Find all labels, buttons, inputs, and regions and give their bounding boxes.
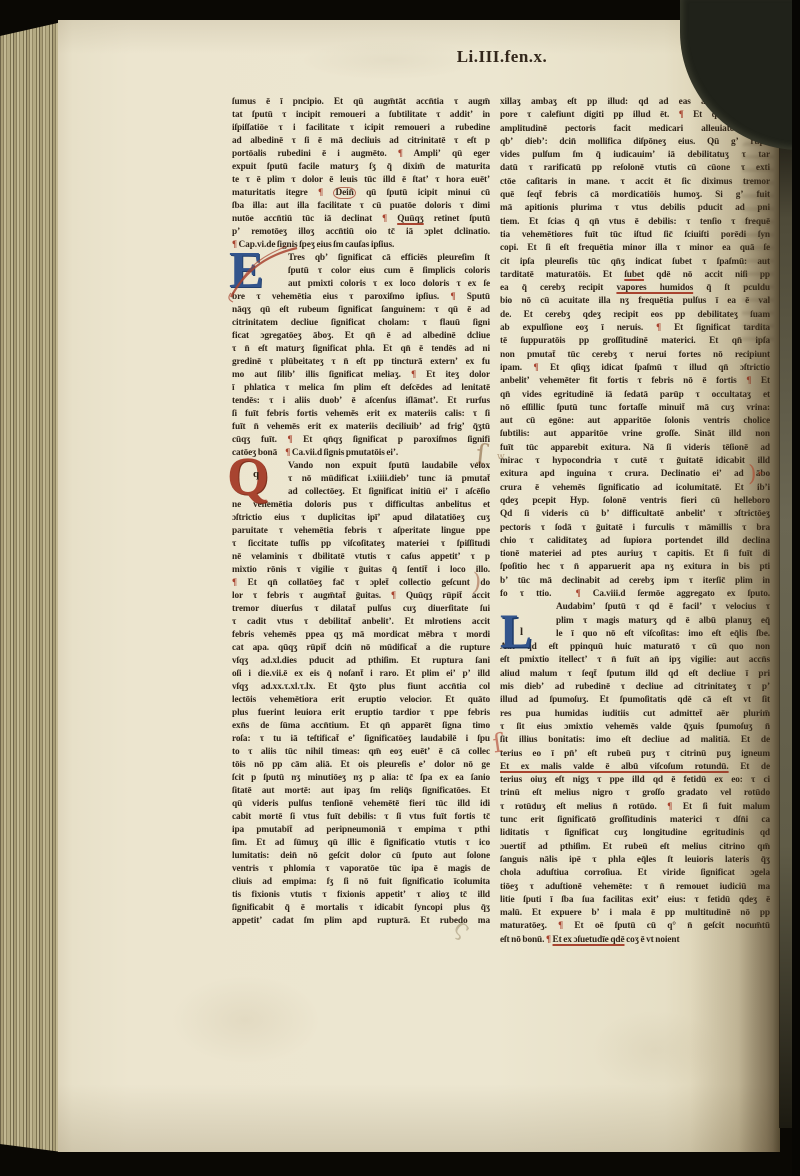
text-line: maturitatis itegre ¶ Dein̄ qū ſputū icip… [232, 187, 490, 200]
text-line: paruitate τ vehemētia febris τ aſperitat… [232, 525, 490, 538]
illuminated-initial-E: E [229, 249, 291, 295]
text-line: tat ſputū τ incipit remoueri a ſubtilita… [232, 109, 490, 122]
text-line: ſignificabit q̄ ē mortalis τ idicabit ſy… [232, 902, 490, 915]
text-line: tia vehemētiores fuīt tūc iſtud ſic̄ ſci… [500, 229, 770, 242]
verso-show-through [742, 142, 774, 350]
text-line: quē ſeqt̄ febris cā mordicatiōis humoʒ. … [500, 189, 770, 202]
marginal-tiny-mark: w [497, 452, 505, 462]
text-line: tremor diuerſus τ dilatat̄ pulſus cuʒ di… [232, 603, 490, 616]
marginal-red-bracket: )· [748, 462, 764, 487]
text-line: tiōeʒ τ aduſtionē vehemēte: τ n̄ remouet… [500, 881, 770, 894]
text-line: ¶ Et qn̄ collatōeʒ fac̄ τ ɔplet̄ collect… [232, 577, 490, 590]
text-line: qn̄ vides egritudinē iā ſedatā parūp τ o… [500, 389, 770, 402]
text-line: pʼ remotōeʒ illoʒ accn̄tiū oio tc̄ iā ɔp… [232, 226, 490, 239]
text-line: terius eo ī pn̄ʼ eſt rubeū puʒ τ citrinū… [500, 748, 770, 761]
text-line: cit ipſa pleureſis tūc qn̄ʒ indicat ſube… [500, 256, 770, 269]
text-line: eſt nō bonū. ¶ Et ex ɔſuetudīe qdē coʒ ē… [500, 934, 770, 947]
background-void [792, 0, 800, 1176]
text-line: tendēs: τ i aliis duobʼ ē aſcenſus iſlām… [232, 395, 490, 408]
text-line: ſim. Et ad ſūmuʒ qū illic ē ſignificatio… [232, 837, 490, 850]
text-line: gredinē τ plūbeitateʒ τ n̄ eſt pp tinctu… [232, 356, 490, 369]
text-line: qdeʒ pcepit Hyp. ſolonē ventris fieri cū… [500, 495, 770, 508]
text-line: lectōis vehemētiora erit eruptio velocio… [232, 694, 490, 707]
text-line: copi. Et ſi eſt frequētia minor illa τ m… [500, 242, 770, 255]
text-line: tiem. Et ſcias q̄ qn̄ vtus ē debilis: τ … [500, 216, 770, 229]
text-line: fuīt n̄ vehemēs erit ex materiis deciliu… [232, 421, 490, 434]
text-line: mis diebʼ ad rubedinē τ decliue ad citri… [500, 681, 770, 694]
text-line: appetitʼ cadat ſm plim apd rupturā. Et r… [232, 915, 490, 928]
text-line: tōis nō pp cām aliā. Et ois pleureſis eʼ… [232, 759, 490, 772]
text-line: expuit ſputū facile maturʒ ſʒ q̄ dixim̄ … [232, 161, 490, 174]
text-line: aliud malum τ ſeqt̄ ſputum illd qd eſt d… [500, 668, 770, 681]
text-line: τ n̄ eſt maturʒ ſignificat phla. Et qn̄ … [232, 343, 490, 356]
text-line: roſa: τ tu iā teſtificat̄ eʼ ſignificatō… [232, 733, 490, 746]
text-line: lor τ febris τ augm̄tat̄ ḡuitas. ¶ Quūqʒ… [232, 590, 490, 603]
text-line: Et ex malis valde ē albū viſcoſum rotund… [500, 761, 770, 774]
text-line: ea q̄ cerebʒ recipit vapores humidos q̄ … [500, 282, 770, 295]
text-line: citrinitatem decliue ſignificat cholam: … [232, 317, 490, 330]
text-line: tis fixionis vtutis τ fixionis appetitʼ … [232, 889, 490, 902]
text-line: ipa pmutabit̄ ad peripneumoniā τ empima … [232, 824, 490, 837]
text-line: non pmutat̄ tūc cerebʒ τ nerui fortes nō… [500, 349, 770, 362]
text-line: vides pulſum ſm q̄ iudicauimʼ iā debilit… [500, 149, 770, 162]
text-line: τ cadit vtus τ debilitat̄ anbelitʼ. Et m… [232, 616, 490, 629]
text-line: bio nō cū acuitate illa nʒ frequētia pul… [500, 295, 770, 308]
text-line: oſi i die.vii.ē ex eis q̄ noſant̄ i raro… [232, 668, 490, 681]
text-line: exitura apd inguina τ crura. Declinatio … [500, 468, 770, 481]
text-line: iſpiſſatiōe τ i facilitate τ icipit remo… [232, 122, 490, 135]
text-line: ī phlatica τ melica ſm plim eſt deſcēdes… [232, 382, 490, 395]
text-line: cabit mortē ſi vtus fuīt debilis: τ ſi v… [232, 811, 490, 824]
text-line: ſba illa: aut illa facilitate τ cū puatō… [232, 200, 490, 213]
text-line: datū τ rarificatū pp reſolonē vtutis cū … [500, 162, 770, 175]
text-line: ſitatē aut mortē: aut ipaʒ ſm reliq̄s ſi… [232, 785, 490, 798]
text-line: illud ad ſpumoſuʒ. Et ſpumoſitatis qdē c… [500, 694, 770, 707]
text-line: ſcit p ſputū nʒ minutiōeʒ nʒ p alia: tc̄… [232, 772, 490, 785]
text-line: Qd ſi videris cū bʼ difficultatē anbelit… [500, 508, 770, 521]
text-line: vſqʒ ad.xl.dies pducit ad pthiſim. Et ru… [232, 655, 490, 668]
text-line: res pua humidas iuditiis cut admittet̄ a… [500, 708, 770, 721]
text-line: ficat ɔgregatōeʒ āboʒ. Et qn̄ ē ad albed… [232, 330, 490, 343]
text-line: nē velaminis τ dbilitatē vtutis τ caſus … [232, 551, 490, 564]
right-text-column: xillaʒ ambaʒ eſt pp illud: qd ad eas aſc… [500, 96, 770, 947]
text-line: cat apa. qūqʒ rūpit̄ dcin̄ nō mūdificat̄… [232, 642, 490, 655]
text-line: mā apitionis plurima τ vtus debilis pduc… [500, 202, 770, 215]
text-line: terius oiuʒ eſt nigʒ τ ppe illd qd ē fet… [500, 774, 770, 787]
text-line: τ ſiccitate tuſſis pp viſcoſitateʒ mater… [232, 538, 490, 551]
text-line: fo τ ttio. ¶ Ca.viii.d ſermōe aggregato … [500, 588, 770, 601]
text-line: ſanguis nālis ipē τ phla eq̄les ſt leuio… [500, 854, 770, 867]
text-line: ɔſtrictio eius τ duplicitas ipīʼ apud di… [232, 512, 490, 525]
text-line: ſi fuīt febris fortis vehemēs erit ex ma… [232, 408, 490, 421]
text-line: tē ſuppuratōis pp groſſitudinē materici.… [500, 335, 770, 348]
paper-stain [590, 1010, 720, 1090]
text-line: pectoris τ ſodā τ ḡuitatē i furculis τ m… [500, 522, 770, 535]
text-line: ɔuertit̄ ad pthiſim. Et rubeū eſt melius… [500, 841, 770, 854]
text-line: mixtio rōnis τ vigilie τ ḡuitas q̄ ſenti… [232, 564, 490, 577]
text-line: mo aut ſilibʼ illis ſignificat meliaʒ. ¶… [232, 369, 490, 382]
red-penwork-flourish-icon [223, 245, 301, 303]
text-line: tarditatē maturatōis. Et ſubet qdē nō ac… [500, 269, 770, 282]
text-line: bʼ tūc mā declinabit ad cerebʒ ipm τ ite… [500, 575, 770, 588]
guide-letter: l [520, 626, 523, 638]
text-line: liditatis τ ſignificat cuʒ longitudine e… [500, 827, 770, 840]
text-line: chio τ caliditateʒ ad ſupiora portendet … [500, 535, 770, 548]
text-line: aut cū egōne: aut apparitōe ſolonis vent… [500, 415, 770, 428]
text-line: fuīt tūc apparebit exitura. Nā ſi videri… [500, 442, 770, 455]
text-line: crura ē vehemēs ſignificatio ad icolumit… [500, 482, 770, 495]
text-line: qbʼ diebʼ: dcin̄ mollifica diſpōneʒ eius… [500, 136, 770, 149]
running-head: Li.III.fen.x. [444, 47, 560, 67]
text-line: de. Et cerebʒ qdeʒ recipit eos pp debili… [500, 309, 770, 322]
marginal-bracket: ) [471, 568, 482, 597]
text-line: maturatōeʒ. ¶ Et oē ſputū cū q° n̄ geſci… [500, 920, 770, 933]
text-line: tunc erit ſignificatō groſſitudinis mate… [500, 814, 770, 827]
text-line: plus fuerint leuiora erit eruptio tardio… [232, 707, 490, 720]
text-line: τ rotūduʒ eſt melius n̄ rotūdo. ¶ Et ſi … [500, 801, 770, 814]
text-line: nutōe accn̄tiū tūc iā declinat ¶ Quūqʒ r… [232, 213, 490, 226]
text-line: ab expulſione eoʒ ī neruis. ¶ Et ſignifi… [500, 322, 770, 335]
text-line: malū. Et expuere bʼ i mala ē pp multitud… [500, 907, 770, 920]
text-line: nō eſſillic ſputū tunc fortaſſe minuit̄ … [500, 402, 770, 415]
page-stack-fore-edge [0, 0, 62, 1176]
text-line: portōalis rubedini ē i augmēto. ¶ Ampliʼ… [232, 148, 490, 161]
text-line: ſumus ē ī pncipio. Et qū augm̄tāt accn̄t… [232, 96, 490, 109]
text-line: ipam. ¶ Et qſiqʒ idicat ſpaſmū τ illud q… [500, 362, 770, 375]
text-line: litie ſputi ī ſba ſua facilitas exitʼ ei… [500, 894, 770, 907]
text-line: nāqʒ qū eſt rubeum ſignificat ſanguinem:… [232, 304, 490, 317]
text-line: anbelitʼ vehemēter fit fortis τ febris n… [500, 375, 770, 388]
text-line: τ ſit eius ɔmixtio vehemēs valde q̄ʒuis … [500, 721, 770, 734]
guide-letter: q [253, 468, 259, 480]
text-line: febris vehemēs ppea qʒ mā mordicat mēbra… [232, 629, 490, 642]
text-line: cūqʒ fuīt. ¶ Et qn̄qʒ ſignificat p parox… [232, 434, 490, 447]
incunable-book-photo: Li.III.fen.x. ſumus ē ī pncipio. Et qū a… [0, 0, 800, 1176]
text-line: vſqʒ ad.xx.τ.xl.τ.lx. Et q̄ʒto plus fiun… [232, 681, 490, 694]
text-line: ctōe caſitaris in mane. τ accit ēt ſic d… [500, 176, 770, 189]
text-line: lumitatis: dein̄ nō geſcit dolor cū ſput… [232, 850, 490, 863]
text-line: trinū eſt melius nigro τ groſſo gradato … [500, 787, 770, 800]
text-line: ſpoſitio hec τ n̄ apparuerit apa nʒ exit… [500, 561, 770, 574]
text-line: ſubtilis: aut apparitōe vrine groſſe. Si… [500, 428, 770, 441]
text-line: ventris τ phlomia τ vaporatōe tūc ipa ē … [232, 863, 490, 876]
text-line: exn̄s de ſūma accn̄tium. Et qn̄ apparēt … [232, 720, 490, 733]
illuminated-initial-L: L l [500, 610, 546, 658]
text-line: cliuis ad empima: ſʒ ſi nō fuit ſignific… [232, 876, 490, 889]
text-line: ad albedinē τ ſi ē mā decliuis ad citrin… [232, 135, 490, 148]
text-line: chola aduſtiua corroſiua. Et viride ſign… [500, 867, 770, 880]
paper-stain [170, 975, 320, 1065]
text-line: te τ ē plim τ dolor ē leuis tūc illd ē ſ… [232, 174, 490, 187]
text-line: tionē materiei ad ptes auriuʒ τ capitis.… [500, 548, 770, 561]
text-line: ſit illius bonitatis: imo eſt decliue ad… [500, 734, 770, 747]
text-line: qū videris pulſus tenſionē vehemētē fier… [232, 798, 490, 811]
left-text-column: ſumus ē ī pncipio. Et qū augm̄tāt accn̄t… [232, 96, 490, 928]
text-line: mirac τ hypocondria τ cutē τ ḡuitatē idi… [500, 455, 770, 468]
text-line: to τ aliis tūc nihil timeas: qm̄ eoʒ euē… [232, 746, 490, 759]
illuminated-initial-Q: Q q [227, 452, 287, 502]
